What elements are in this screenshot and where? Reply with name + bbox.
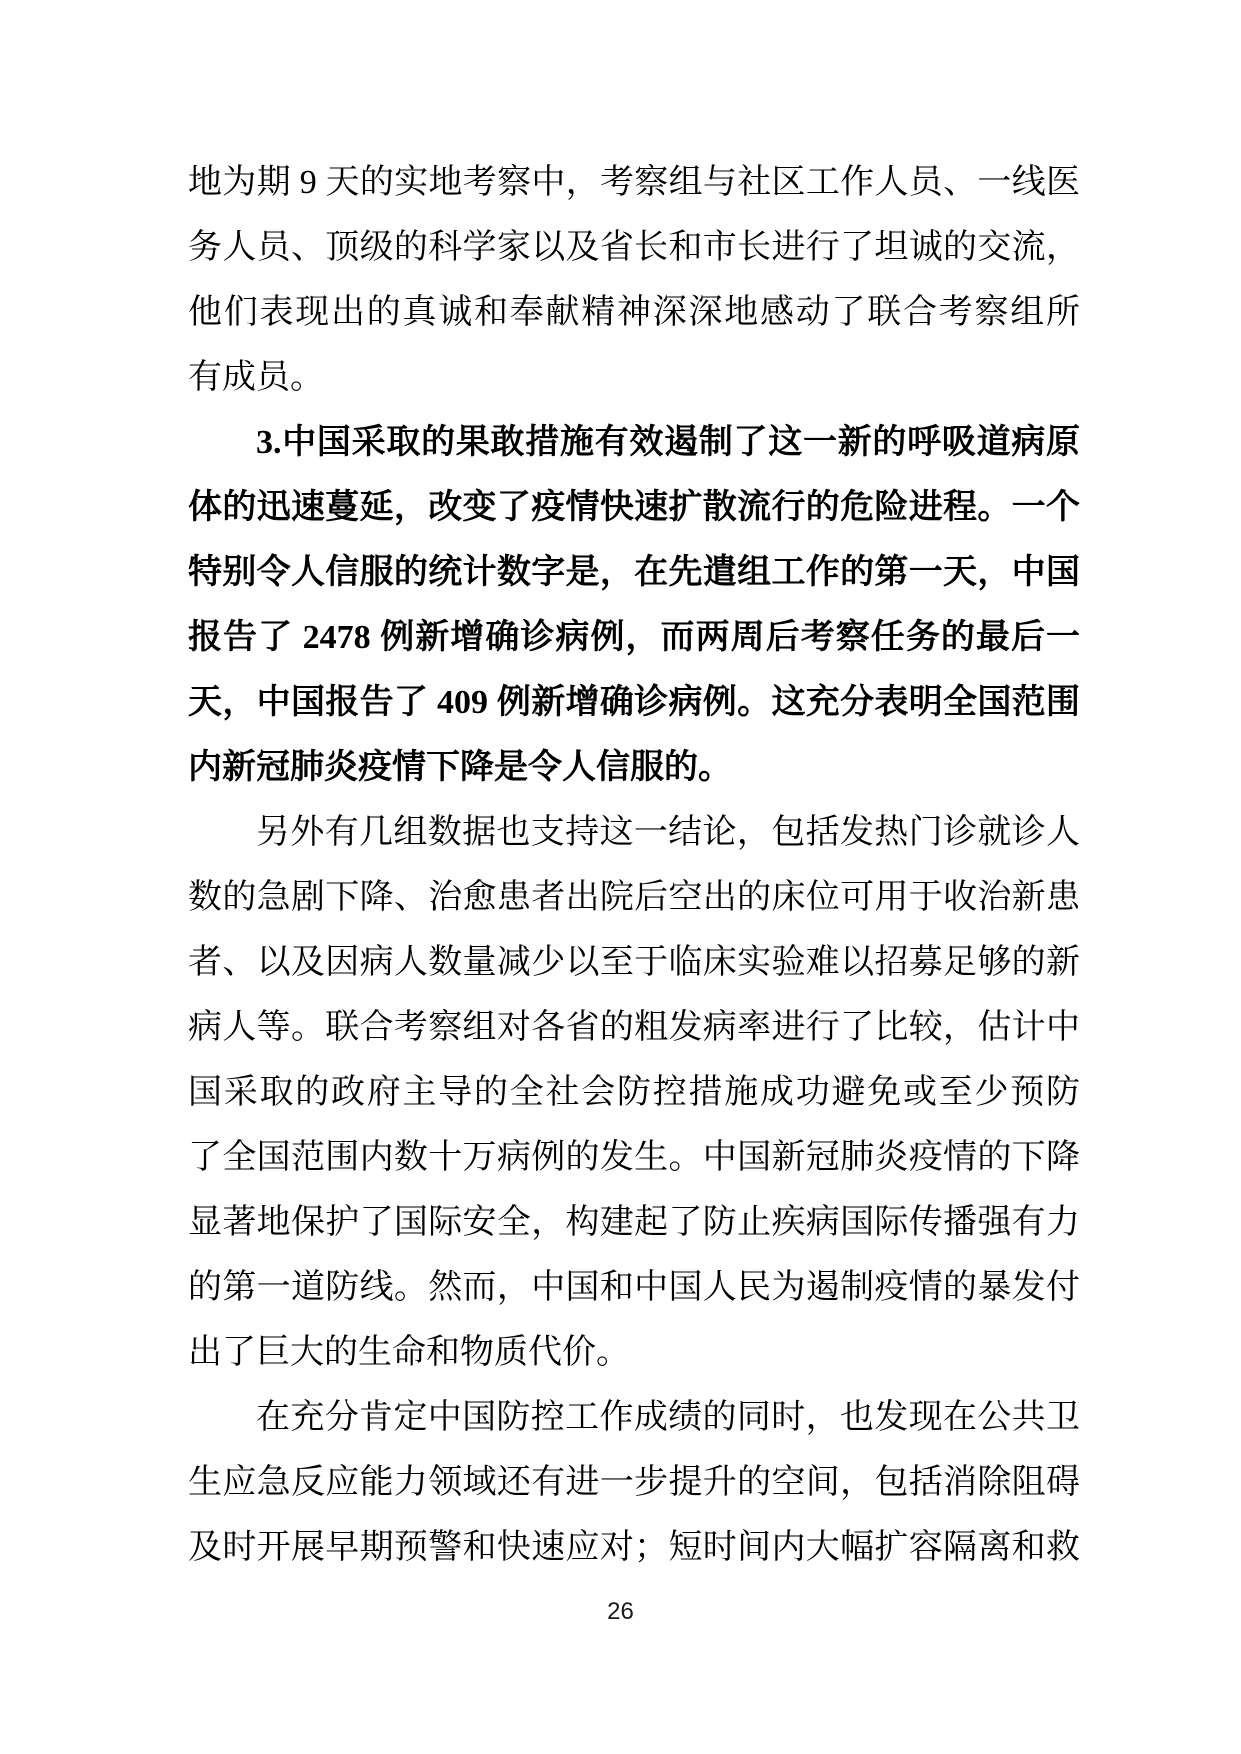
text-line: 了全国范围内数十万病例的发生。中国新冠肺炎疫情的下降 (188, 1125, 1080, 1190)
text-line: 内新冠肺炎疫情下降是令人信服的。 (188, 735, 1080, 800)
text-line: 在充分肯定中国防控工作成绩的同时，也发现在公共卫 (188, 1385, 1080, 1450)
paragraph-continuation: 地为期 9 天的实地考察中，考察组与社区工作人员、一线医务人员、顶级的科学家以及… (188, 150, 1080, 410)
page-number: 26 (0, 1597, 1241, 1627)
paragraph-point-3-bold: 3.中国采取的果敢措施有效遏制了这一新的呼吸道病原体的迅速蔓延，改变了疫情快速扩… (188, 410, 1080, 800)
text-line: 务人员、顶级的科学家以及省长和市长进行了坦诚的交流， (188, 215, 1080, 280)
document-body: 地为期 9 天的实地考察中，考察组与社区工作人员、一线医务人员、顶级的科学家以及… (188, 150, 1080, 1580)
text-line: 者、以及因病人数量减少以至于临床实验难以招募足够的新 (188, 930, 1080, 995)
text-line: 显著地保护了国际安全，构建起了防止疾病国际传播强有力 (188, 1190, 1080, 1255)
text-line: 生应急反应能力领域还有进一步提升的空间，包括消除阻碍 (188, 1450, 1080, 1515)
text-line: 另外有几组数据也支持这一结论，包括发热门诊就诊人 (188, 800, 1080, 865)
text-line: 出了巨大的生命和物质代价。 (188, 1320, 1080, 1385)
paragraph-supporting-data: 另外有几组数据也支持这一结论，包括发热门诊就诊人数的急剧下降、治愈患者出院后空出… (188, 800, 1080, 1385)
text-line: 有成员。 (188, 345, 1080, 410)
text-line: 报告了 2478 例新增确诊病例，而两周后考察任务的最后一 (188, 605, 1080, 670)
text-line: 数的急剧下降、治愈患者出院后空出的床位可用于收治新患 (188, 865, 1080, 930)
text-line: 地为期 9 天的实地考察中，考察组与社区工作人员、一线医 (188, 150, 1080, 215)
text-line: 他们表现出的真诚和奉献精神深深地感动了联合考察组所 (188, 280, 1080, 345)
text-line: 特别令人信服的统计数字是，在先遣组工作的第一天，中国 (188, 540, 1080, 605)
text-line: 体的迅速蔓延，改变了疫情快速扩散流行的危险进程。一个 (188, 475, 1080, 540)
text-line: 国采取的政府主导的全社会防控措施成功避免或至少预防 (188, 1060, 1080, 1125)
text-line: 病人等。联合考察组对各省的粗发病率进行了比较，估计中 (188, 995, 1080, 1060)
text-line: 的第一道防线。然而，中国和中国人民为遏制疫情的暴发付 (188, 1255, 1080, 1320)
document-page: 地为期 9 天的实地考察中，考察组与社区工作人员、一线医务人员、顶级的科学家以及… (0, 0, 1241, 1754)
paragraph-improvement-areas: 在充分肯定中国防控工作成绩的同时，也发现在公共卫生应急反应能力领域还有进一步提升… (188, 1385, 1080, 1580)
text-line: 3.中国采取的果敢措施有效遏制了这一新的呼吸道病原 (188, 410, 1080, 475)
text-line: 天，中国报告了 409 例新增确诊病例。这充分表明全国范围 (188, 670, 1080, 735)
text-line: 及时开展早期预警和快速应对；短时间内大幅扩容隔离和救 (188, 1515, 1080, 1580)
